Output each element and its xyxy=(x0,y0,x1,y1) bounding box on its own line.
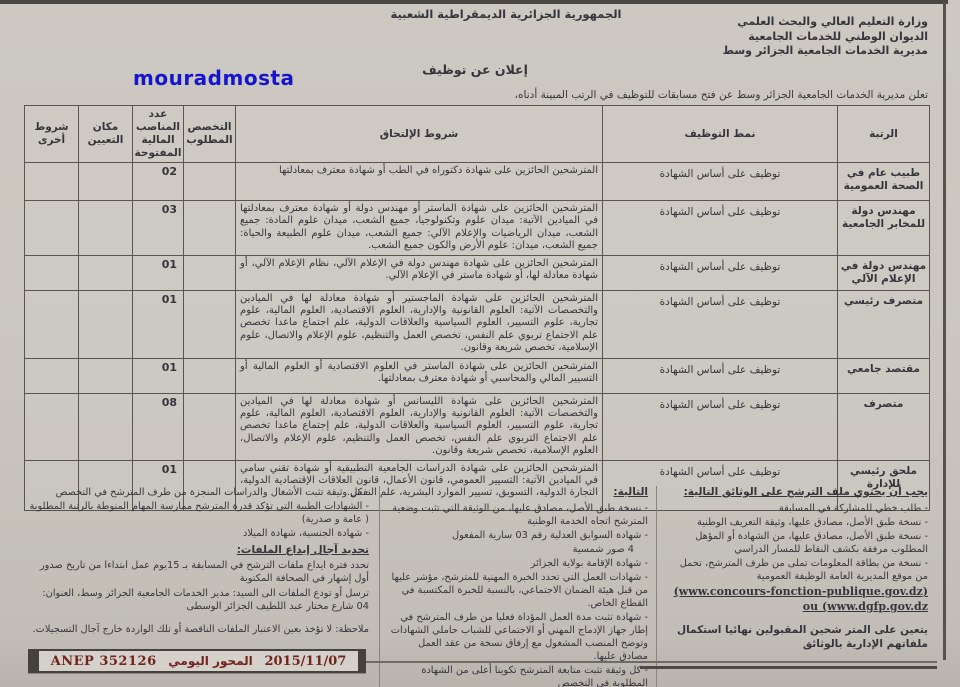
cell-positions: 02 xyxy=(133,163,184,201)
cell-rank: متصرف رئيسي xyxy=(838,290,930,358)
cell-location xyxy=(79,393,133,460)
scan-right-border xyxy=(943,2,946,660)
cell-mode: توظيف على أساس الشهادة xyxy=(603,201,838,256)
cell-location xyxy=(79,255,133,290)
cell-location xyxy=(79,201,133,256)
document-item: - كل وثيقة تثبت متابعة المترشح تكوينا أع… xyxy=(388,664,648,687)
cell-rank: متصرف xyxy=(838,393,930,460)
cell-mode: توظيف على أساس الشهادة xyxy=(603,163,838,201)
final-candidates-note: يتعين على المتر شحين المقبولين نهائيا اس… xyxy=(665,623,928,651)
cell-specialty xyxy=(184,201,236,256)
cell-other xyxy=(25,255,79,290)
document-item: - نسخة من بطاقة المعلومات تملى من طرف ال… xyxy=(665,557,928,583)
documents-column-right: يجب أن يحتوي ملف الترشح على الوثائق التا… xyxy=(656,486,932,687)
document-item: - الشهادات الطبية التي تؤكد قدرة المترشح… xyxy=(28,500,369,526)
cell-rank: مهندس دولة في الإعلام الآلي xyxy=(838,255,930,290)
scan-bottom-rule xyxy=(365,661,937,663)
document-item: - شهادات العمل التي تحدد الخبرة المهنية … xyxy=(388,571,648,610)
document-item: - شهادة الإقامة بولاية الجزائر xyxy=(388,557,648,570)
cell-mode: توظيف على أساس الشهادة xyxy=(603,290,838,358)
cell-other xyxy=(25,358,79,393)
document-item: - طلب خطي للمشاركة في المسابقة xyxy=(665,502,928,515)
cell-conditions: المترشحين الحائزين على شهادة الماستر في … xyxy=(236,358,603,393)
cell-rank: طبيب عام في الصحة العمومية xyxy=(838,163,930,201)
cell-conditions: المترشحين الحائزين على شهادة الليسانس أو… xyxy=(236,393,603,460)
directorate-line: مديرية الخدمات الجامعية الجزائر وسط xyxy=(723,44,928,59)
cell-specialty xyxy=(184,290,236,358)
table-row: طبيب عام في الصحة العمومية توظيف على أسا… xyxy=(25,163,930,201)
cell-specialty xyxy=(184,358,236,393)
document-item: - شهادة الجنسية، شهادة الميلاد xyxy=(28,527,369,540)
issuer-block: وزارة التعليم العالي والبحث العلمي الديو… xyxy=(723,15,928,59)
dgfp-url: ou (www.dgfp.gov.dz xyxy=(665,600,928,613)
anep-footer-ribbon: ANEP 352126 المحور اليومي 2015/11/07 xyxy=(28,649,366,673)
ribbon-right-cap xyxy=(358,651,364,671)
table-row: مقتصد جامعي توظيف على أساس الشهادة المتر… xyxy=(25,358,930,393)
header-specialty: التخصص المطلوب xyxy=(184,106,236,163)
document-item: - شهادة السوابق العدلية رقم 03 سارية الم… xyxy=(388,529,648,542)
cell-rank: مهندس دولة للمخابر الجامعية xyxy=(838,201,930,256)
continuation-title: التالية: xyxy=(388,486,648,499)
document-item: - نسخة طبق الأصل، مصادق عليها، من الوثيق… xyxy=(388,502,648,528)
documents-title: يجب أن يحتوي ملف الترشح على الوثائق التا… xyxy=(665,486,928,499)
table-header-row: الرتبة نمط التوظيف شروط الإلتحاق التخصص … xyxy=(25,106,930,163)
journal-name: المحور اليومي xyxy=(168,654,253,668)
document-item: - نسخة طبق الأصل، مصادق عليها، وثيقة الت… xyxy=(665,516,928,529)
cell-conditions: المترشحين الحائزين على شهادة مهندس دولة … xyxy=(236,255,603,290)
scanned-newspaper-page: الجمهورية الجزائرية الديمقراطية الشعبية … xyxy=(0,0,960,687)
header-conditions: شروط الإلتحاق xyxy=(236,106,603,163)
cell-specialty xyxy=(184,393,236,460)
ribbon-text: ANEP 352126 المحور اليومي 2015/11/07 xyxy=(39,651,358,671)
table-row: متصرف رئيسي توظيف على أساس الشهادة المتر… xyxy=(25,290,930,358)
document-item: - نسخة طبق الأصل، مصادق عليها، من الشهاد… xyxy=(665,530,928,556)
cell-mode: توظيف على أساس الشهادة xyxy=(603,255,838,290)
watermark-text: mouradmosta xyxy=(133,66,295,90)
header-rank: الرتبة xyxy=(838,106,930,163)
ribbon-left-cap xyxy=(30,651,39,671)
deadline-text: تحدد فترة ايداع ملفات الترشح في المسابقة… xyxy=(28,559,369,585)
document-item: - كل وثيقة تثبت الأشغال والدراسات المنجز… xyxy=(28,486,369,499)
cell-conditions: المترشحين الحائزين على شهادة الماجستير أ… xyxy=(236,290,603,358)
publication-date: 2015/11/07 xyxy=(264,654,346,669)
cell-other xyxy=(25,290,79,358)
announcement-title: إعلان عن توظيف xyxy=(380,62,570,77)
cell-location xyxy=(79,290,133,358)
cell-location xyxy=(79,358,133,393)
cell-other xyxy=(25,393,79,460)
office-line: الديوان الوطني للخدمات الجامعية xyxy=(723,30,928,45)
table-row: مهندس دولة للمخابر الجامعية توظيف على أس… xyxy=(25,201,930,256)
cell-location xyxy=(79,163,133,201)
cell-rank: مقتصد جامعي xyxy=(838,358,930,393)
cell-conditions: المترشحين الحائزين على شهادة الماستر أو … xyxy=(236,201,603,256)
intro-line: تعلن مديرية الخدمات الجامعية الجزائر وسط… xyxy=(515,89,928,101)
cell-other xyxy=(25,163,79,201)
document-item: - شهادة تثبت مدة العمل المؤداة فعليا من … xyxy=(388,611,648,663)
cell-mode: توظيف على أساس الشهادة xyxy=(603,393,838,460)
ministry-line: وزارة التعليم العالي والبحث العلمي xyxy=(723,15,928,30)
header-mode: نمط التوظيف xyxy=(603,106,838,163)
incomplete-files-note: ملاحظة: لا تؤخذ بعين الاعتبار الملفات ال… xyxy=(28,623,369,636)
documents-column-middle: التالية: - نسخة طبق الأصل، مصادق عليها، … xyxy=(379,486,656,687)
cell-conditions: المترشحين الحائزين على شهادة دكتوراه في … xyxy=(236,163,603,201)
deadline-title: تحديد آجال إيداع الملفات: xyxy=(28,544,369,557)
cell-mode: توظيف على أساس الشهادة xyxy=(603,358,838,393)
header-other: شروط أخرى xyxy=(25,106,79,163)
cell-specialty xyxy=(184,163,236,201)
scan-bottom-rule-heavy xyxy=(640,666,937,669)
republic-title: الجمهورية الجزائرية الديمقراطية الشعبية xyxy=(378,7,634,21)
header-positions: عدد المناصب المالية المفتوحة xyxy=(133,106,184,163)
cell-specialty xyxy=(184,255,236,290)
public-service-url: (www.concours-fonction-publique.gov.dz) xyxy=(665,585,928,598)
scan-top-border xyxy=(0,0,948,4)
recruitment-table: الرتبة نمط التوظيف شروط الإلتحاق التخصص … xyxy=(24,105,930,511)
cell-positions: 01 xyxy=(133,358,184,393)
submission-address: ترسل أو تودع الملفات الى السيد: مدير الخ… xyxy=(28,587,369,613)
cell-other xyxy=(25,201,79,256)
cell-positions: 08 xyxy=(133,393,184,460)
cell-positions: 03 xyxy=(133,201,184,256)
header-location: مكان التعيين xyxy=(79,106,133,163)
table-row: متصرف توظيف على أساس الشهادة المترشحين ا… xyxy=(25,393,930,460)
cell-positions: 01 xyxy=(133,290,184,358)
table-row: مهندس دولة في الإعلام الآلي توظيف على أس… xyxy=(25,255,930,290)
anep-number: ANEP 352126 xyxy=(51,654,157,669)
cell-positions: 01 xyxy=(133,255,184,290)
document-item: 4 صور شمسية xyxy=(388,543,648,556)
